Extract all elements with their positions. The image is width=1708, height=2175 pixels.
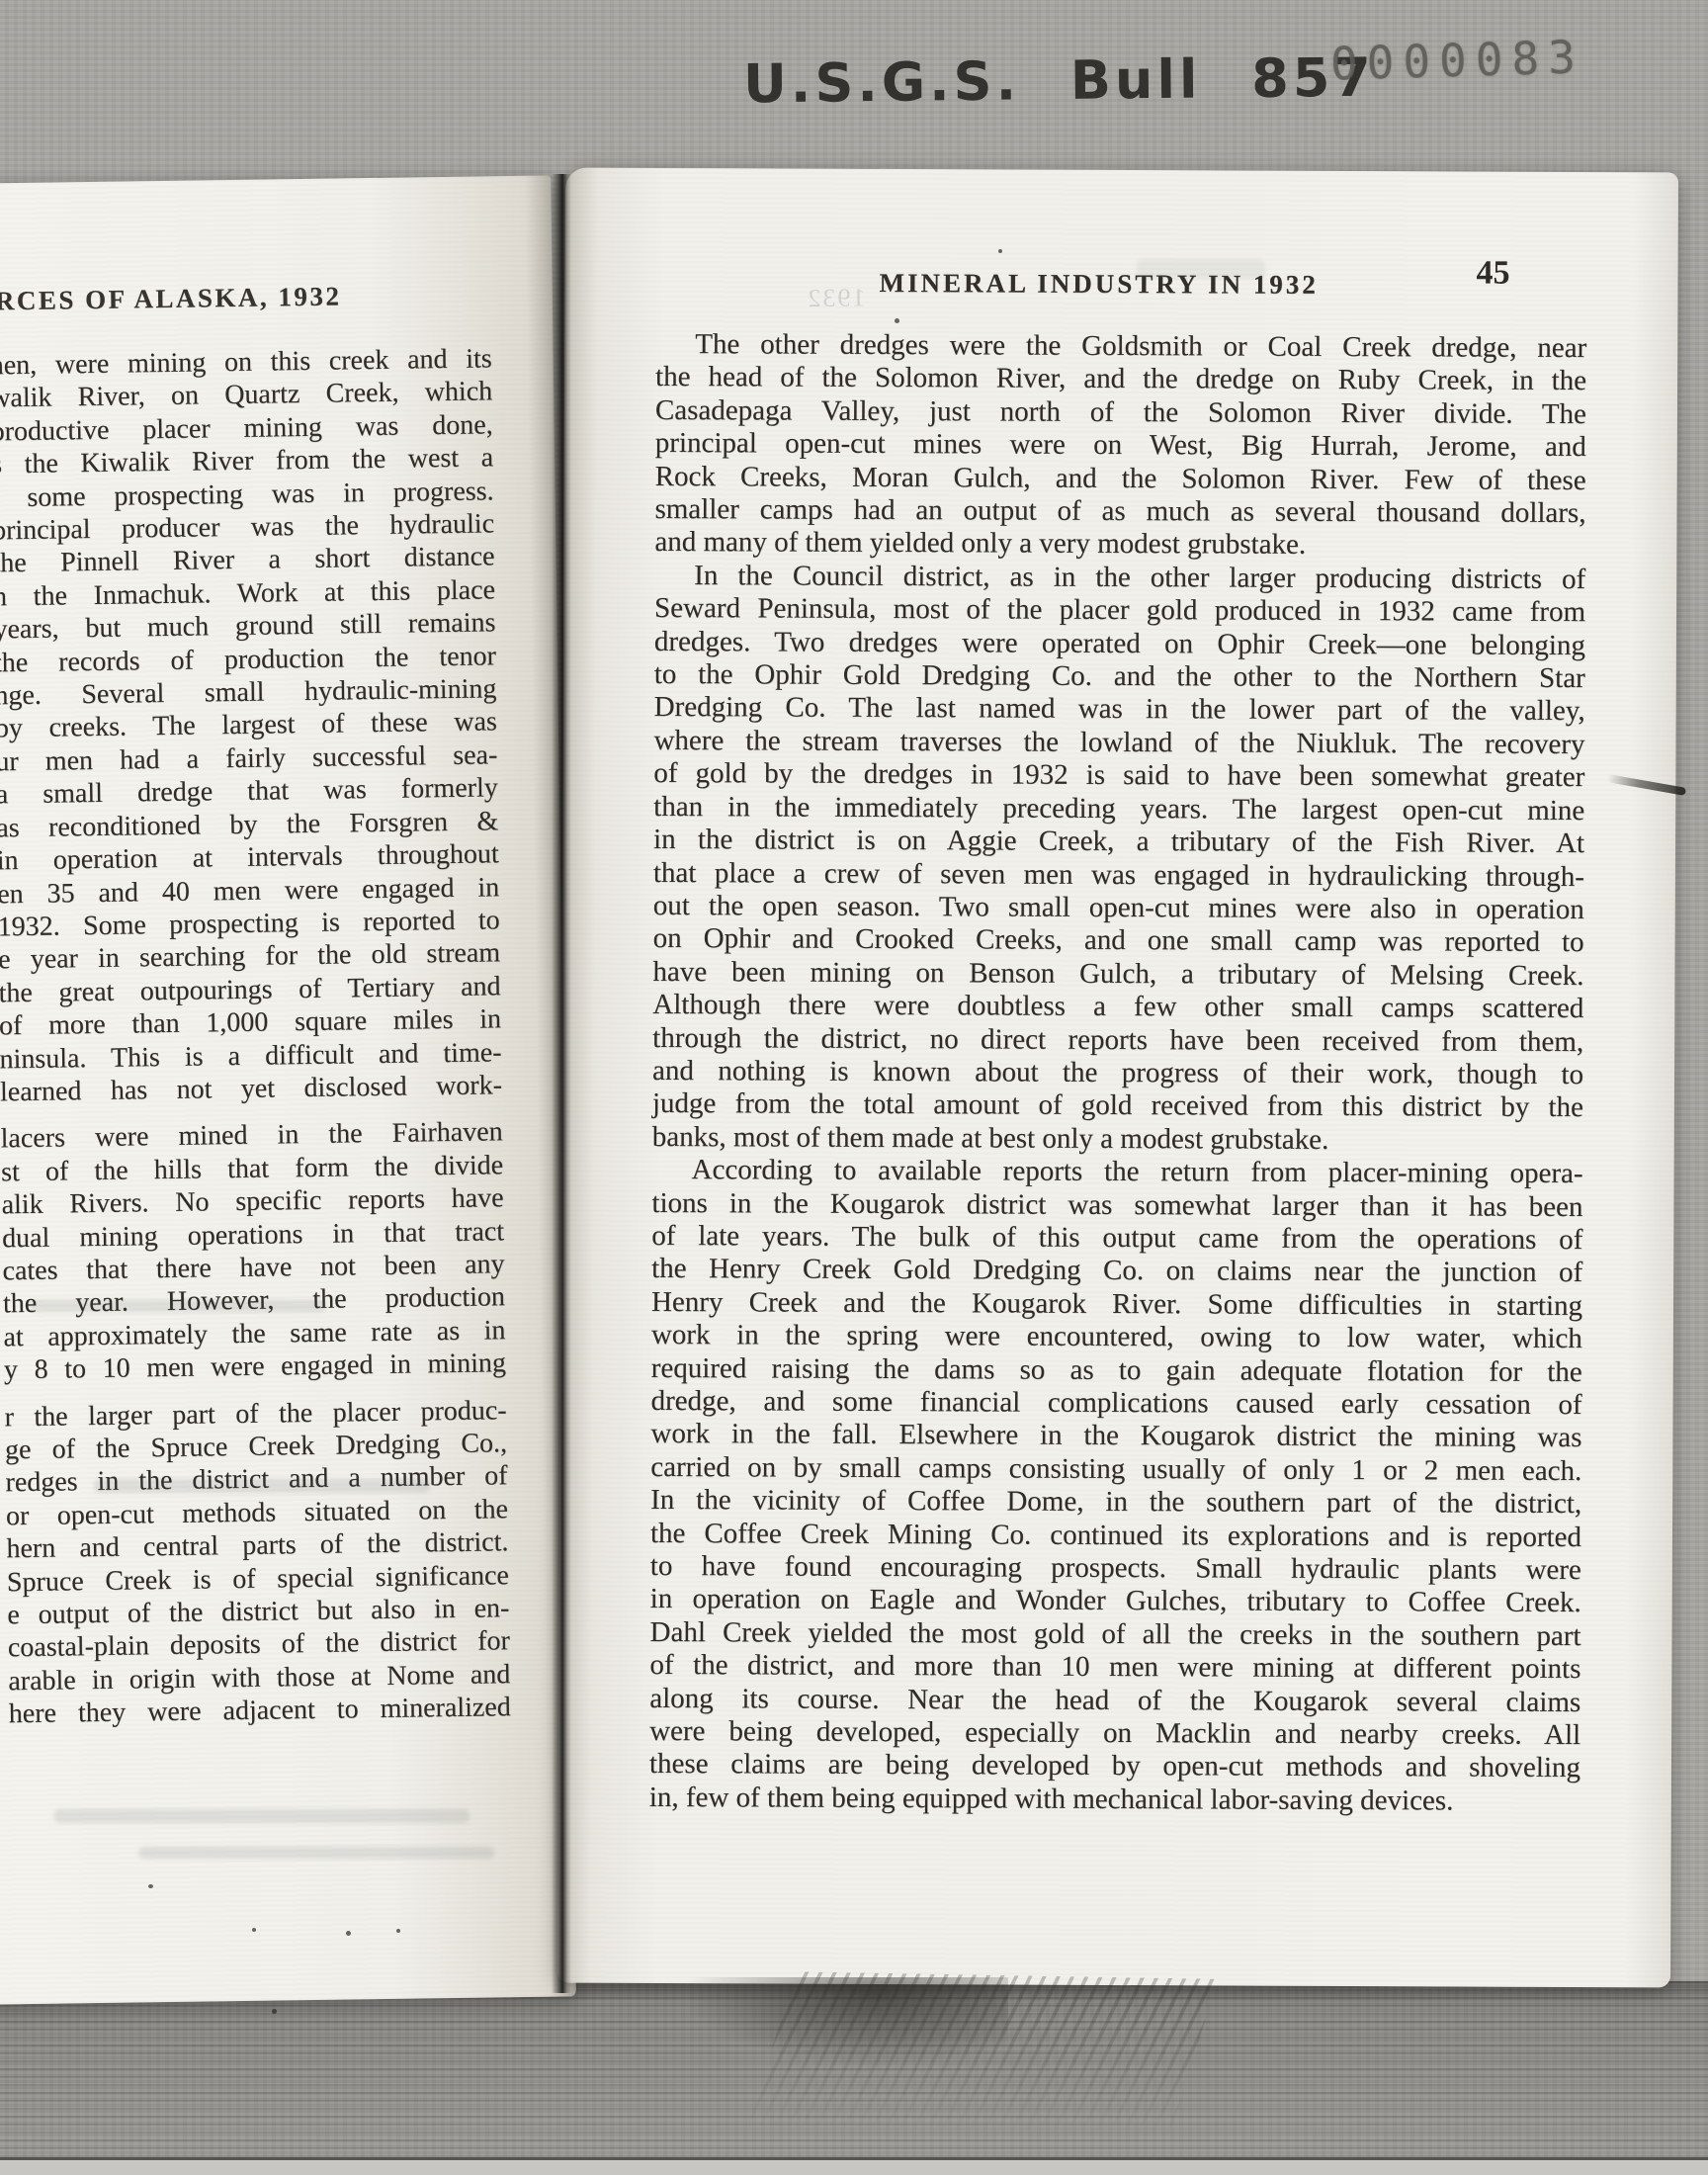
ink-smudge xyxy=(30,1300,326,1312)
text-line: Henry Creek and the Kougarok River. Some… xyxy=(651,1286,1582,1324)
text-line: have been mining on Benson Gulch, a trib… xyxy=(652,956,1583,994)
text-line: the head of the Solomon River, and the d… xyxy=(655,361,1586,398)
right-page-body: The other dredges were the Goldsmith or … xyxy=(649,328,1587,1818)
scan-speck xyxy=(252,1928,256,1932)
scan-speck xyxy=(346,1931,351,1936)
scan-speck xyxy=(396,1929,400,1933)
text-line: to have found encouraging prospects. Sma… xyxy=(650,1550,1581,1588)
text-line: and nothing is known about the progress … xyxy=(652,1055,1583,1092)
ink-smudge xyxy=(138,1847,494,1859)
text-line: in operation on Eagle and Wonder Gulches… xyxy=(650,1583,1581,1620)
page-number: 45 xyxy=(1476,255,1509,293)
ink-smudge xyxy=(54,1809,470,1823)
scan-bottom-strip xyxy=(0,2157,1708,2175)
text-line: in the district is on Aggie Creek, a tri… xyxy=(653,824,1584,861)
text-line: Although there were doubtless a few othe… xyxy=(652,989,1583,1026)
left-page: RCES OF ALASKA, 1932 nen, were mining on… xyxy=(0,175,576,2005)
text-line: to the Ophir Gold Dredging Co. and the o… xyxy=(654,658,1585,696)
text-line: on Ophir and Crooked Creeks, and one sma… xyxy=(653,922,1584,960)
ink-ghost: 1932 xyxy=(806,283,865,313)
text-line: Rock Creeks, Moran Gulch, and the Solomo… xyxy=(655,461,1586,498)
text-line: work in the fall. Elsewhere in the Kouga… xyxy=(650,1418,1581,1455)
text-line: the Coffee Creek Mining Co. continued it… xyxy=(650,1518,1581,1555)
book-gutter xyxy=(552,174,571,1993)
text-line: and many of them yielded only a very mod… xyxy=(654,526,1585,564)
scan-speck xyxy=(148,1884,153,1888)
text-line: carried on by small camps consisting usu… xyxy=(650,1451,1581,1489)
text-line: banks, most of them made at best only a … xyxy=(652,1121,1583,1159)
text-line: that place a crew of seven men was engag… xyxy=(653,856,1584,894)
text-line: out the open season. Two small open-cut … xyxy=(653,890,1584,927)
text-line: judge from the total amount of gold rece… xyxy=(652,1087,1583,1125)
text-line: In the Council district, as in the other… xyxy=(654,560,1585,597)
ink-smudge xyxy=(94,1479,430,1493)
text-line: than in the immediately preceding years.… xyxy=(653,791,1584,828)
text-line: y 8 to 10 men were engaged in mining xyxy=(4,1347,506,1386)
text-line: through the district, no direct reports … xyxy=(652,1021,1583,1059)
text-line: dredge, and some financial complications… xyxy=(650,1385,1581,1423)
text-line: principal open-cut mines were on West, B… xyxy=(655,427,1586,465)
text-line: the Henry Creek Gold Dredging Co. on cla… xyxy=(651,1253,1582,1290)
scan-speck xyxy=(272,2009,277,2014)
text-line: dredges. Two dredges were operated on Op… xyxy=(654,626,1585,663)
text-line: of late years. The bulk of this output c… xyxy=(651,1220,1582,1258)
scan-speck xyxy=(895,318,899,323)
text-line: smaller camps had an output of as much a… xyxy=(654,493,1585,531)
text-line: Seward Peninsula, most of the placer gol… xyxy=(654,592,1585,630)
left-running-header: RCES OF ALASKA, 1932 xyxy=(0,281,342,316)
text-line: in, few of them being equipped with mech… xyxy=(649,1782,1580,1819)
left-page-body: nen, were mining on this creek and itswa… xyxy=(0,342,511,1731)
page-edge-fan xyxy=(745,1971,1218,2142)
right-page: 1932 MINERAL INDUSTRY IN 1932 45 The oth… xyxy=(557,168,1678,1988)
text-line: of gold by the dredges in 1932 is said t… xyxy=(653,757,1584,795)
text-line: tions in the Kougarok district was somew… xyxy=(651,1187,1582,1225)
text-line: these claims are being developed by open… xyxy=(649,1748,1580,1785)
text-line: In the vicinity of Coffee Dome, in the s… xyxy=(650,1484,1581,1522)
text-line: of the district, and more than 10 men we… xyxy=(649,1649,1580,1687)
text-line: where the stream traverses the lowland o… xyxy=(653,725,1584,762)
scanned-document: { "colors": { "paper": "#f1f0ea", "scan_… xyxy=(0,0,1708,2175)
text-line: learned has not yet disclosed work- xyxy=(0,1069,502,1108)
text-line: Dahl Creek yielded the most gold of all … xyxy=(649,1616,1580,1654)
text-line: required raising the dams so as to gain … xyxy=(651,1352,1582,1390)
stamp-number: 0000083 xyxy=(1329,30,1584,90)
scan-speck xyxy=(998,249,1002,253)
ink-smudge xyxy=(1137,259,1265,279)
text-line: The other dredges were the Goldsmith or … xyxy=(655,328,1586,366)
text-line: along its course. Near the head of the K… xyxy=(649,1683,1580,1720)
text-line: According to available reports the retur… xyxy=(652,1154,1583,1191)
text-line: work in the spring were encountered, owi… xyxy=(651,1319,1582,1356)
text-line: Dredging Co. The last named was in the l… xyxy=(654,691,1585,729)
handwritten-note: U.S.G.S. Bull 857 xyxy=(743,46,1376,116)
text-line: here they were adjacent to mineralized xyxy=(9,1691,511,1730)
text-line: were being developed, especially on Mack… xyxy=(649,1715,1580,1753)
text-line: Casadepaga Valley, just north of the Sol… xyxy=(655,394,1586,432)
